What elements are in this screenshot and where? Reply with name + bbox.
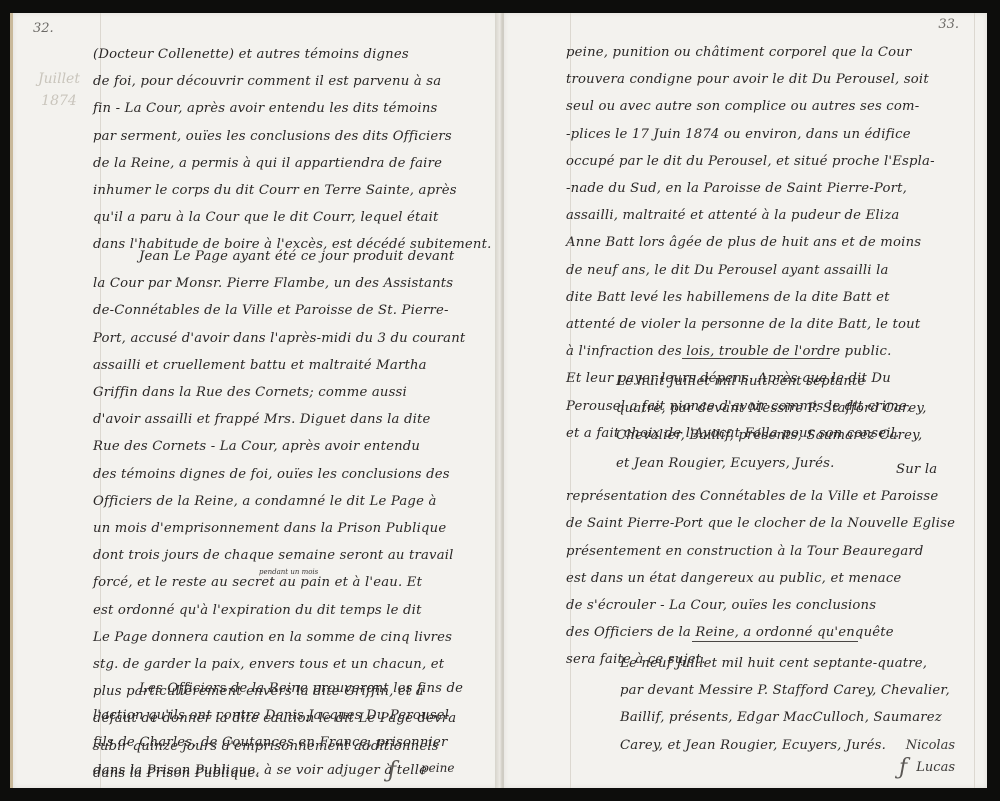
right-page: 33. peine, punition ou châtiment corpore… [503,13,987,788]
text-line: par serment, ouïes les conclusions des d… [93,123,493,150]
text-line: assailli et cruellement battu et maltrai… [93,352,493,379]
text-line: Les Officiers de la Reine prouveront les… [93,675,493,702]
text-line: présentement en construction à la Tour B… [566,538,976,565]
text-line: dite Batt levé les habillemens de la dit… [566,284,976,311]
text-line: dont trois jours de chaque semaine seron… [93,542,493,569]
signature: Nicolas Lucas [835,735,955,779]
margin-note-month: Juillet [31,68,87,90]
text-line: seul ou avec autre son complice ou autre… [566,93,976,120]
text-line: quatre, par devant Messire P. Stafford C… [616,395,986,422]
signature-first-name: Nicolas [835,735,955,757]
text-line: représentation des Connétables de la Vil… [566,483,976,510]
text-line: Chevalier, Baillif, présents, Saumarez C… [616,422,986,449]
page-number: 32. [33,21,54,36]
text-line: à l'infraction des lois, trouble de l'or… [566,338,976,365]
text-line: assailli, maltraité et attenté à la pude… [566,202,976,229]
entry-inquest-conclusion: (Docteur Collenette) et autres témoins d… [93,41,493,259]
text-line: l'action qu'ils ont contre Denis Jacques… [93,702,493,729]
text-line: Sur la [566,456,976,483]
text-line: de neuf ans, le dit Du Perousel ayant as… [566,257,976,284]
text-line: Rue des Cornets - La Cour, après avoir e… [93,433,493,460]
margin-note-year: 1874 [31,90,87,112]
text-line: Le neuf Juillet mil huit cent septante-q… [620,650,990,677]
text-line: trouvera condigne pour avoir le dit Du P… [566,66,976,93]
text-line: (Docteur Collenette) et autres témoins d… [93,41,493,68]
text-line: Le huit Juillet mil huit cent septante [616,368,986,395]
text-line: la Cour par Monsr. Pierre Flambe, un des… [93,270,493,297]
text-line: -plices le 17 Juin 1874 ou environ, dans… [566,121,976,148]
text-line: par devant Messire P. Stafford Carey, Ch… [620,677,990,704]
text-line: d'avoir assailli et frappé Mrs. Diguet d… [93,406,493,433]
catchword-flourish-icon: ƒ [388,758,396,783]
text-line: inhumer le corps du dit Courr en Terre S… [93,177,493,204]
interlinear-note: pendant un mois [259,568,318,576]
section-divider [692,641,858,642]
text-line: est ordonné qu'à l'expiration du dit tem… [93,597,493,624]
text-line: Jean Le Page ayant été ce jour produit d… [93,243,493,270]
text-line: Baillif, présents, Edgar MacCulloch, Sau… [620,704,990,731]
text-line: Officiers de la Reine, a condamné le dit… [93,488,493,515]
catchword: peine [421,761,454,775]
signature-last-name: Lucas [835,757,955,779]
text-line: peine, punition ou châtiment corporel qu… [566,39,976,66]
text-line: Griffin dans la Rue des Cornets; comme a… [93,379,493,406]
text-line: attenté de violer la personne de la dite… [566,311,976,338]
text-line: de s'écrouler - La Cour, ouïes les concl… [566,592,976,619]
text-line: fils de Charles, de Coutances en France,… [93,729,493,756]
text-line: Port, accusé d'avoir dans l'après-midi d… [93,325,493,352]
text-line: de la Reine, a permis à qui il appartien… [93,150,493,177]
text-line: de-Connétables de la Ville et Paroisse d… [93,297,493,324]
page-number: 33. [938,17,959,32]
left-page: 32. Juillet 1874 (Docteur Collenette) et… [10,13,500,788]
margin-date-note: Juillet 1874 [31,68,87,112]
text-line: qu'il a paru à la Cour que le dit Courr,… [93,204,493,231]
section-divider [682,358,830,359]
text-line: un mois d'emprisonnement dans la Prison … [93,515,493,542]
text-line: de foi, pour découvrir comment il est pa… [93,68,493,95]
text-line: fin - La Cour, après avoir entendu les d… [93,95,493,122]
text-line: Anne Batt lors âgée de plus de huit ans … [566,229,976,256]
text-line: -nade du Sud, en la Paroisse de Saint Pi… [566,175,976,202]
text-line: de Saint Pierre-Port que le clocher de l… [566,510,976,537]
signature-flourish-icon: ƒ [899,755,907,780]
text-line: des témoins dignes de foi, ouïes les con… [93,461,493,488]
text-line: est dans un état dangereux au public, et… [566,565,976,592]
text-line: des Officiers de la Reine, a ordonné qu'… [566,619,976,646]
text-line: Le Page donnera caution en la somme de c… [93,624,493,651]
text-line: occupé par le dit du Perousel, et situé … [566,148,976,175]
